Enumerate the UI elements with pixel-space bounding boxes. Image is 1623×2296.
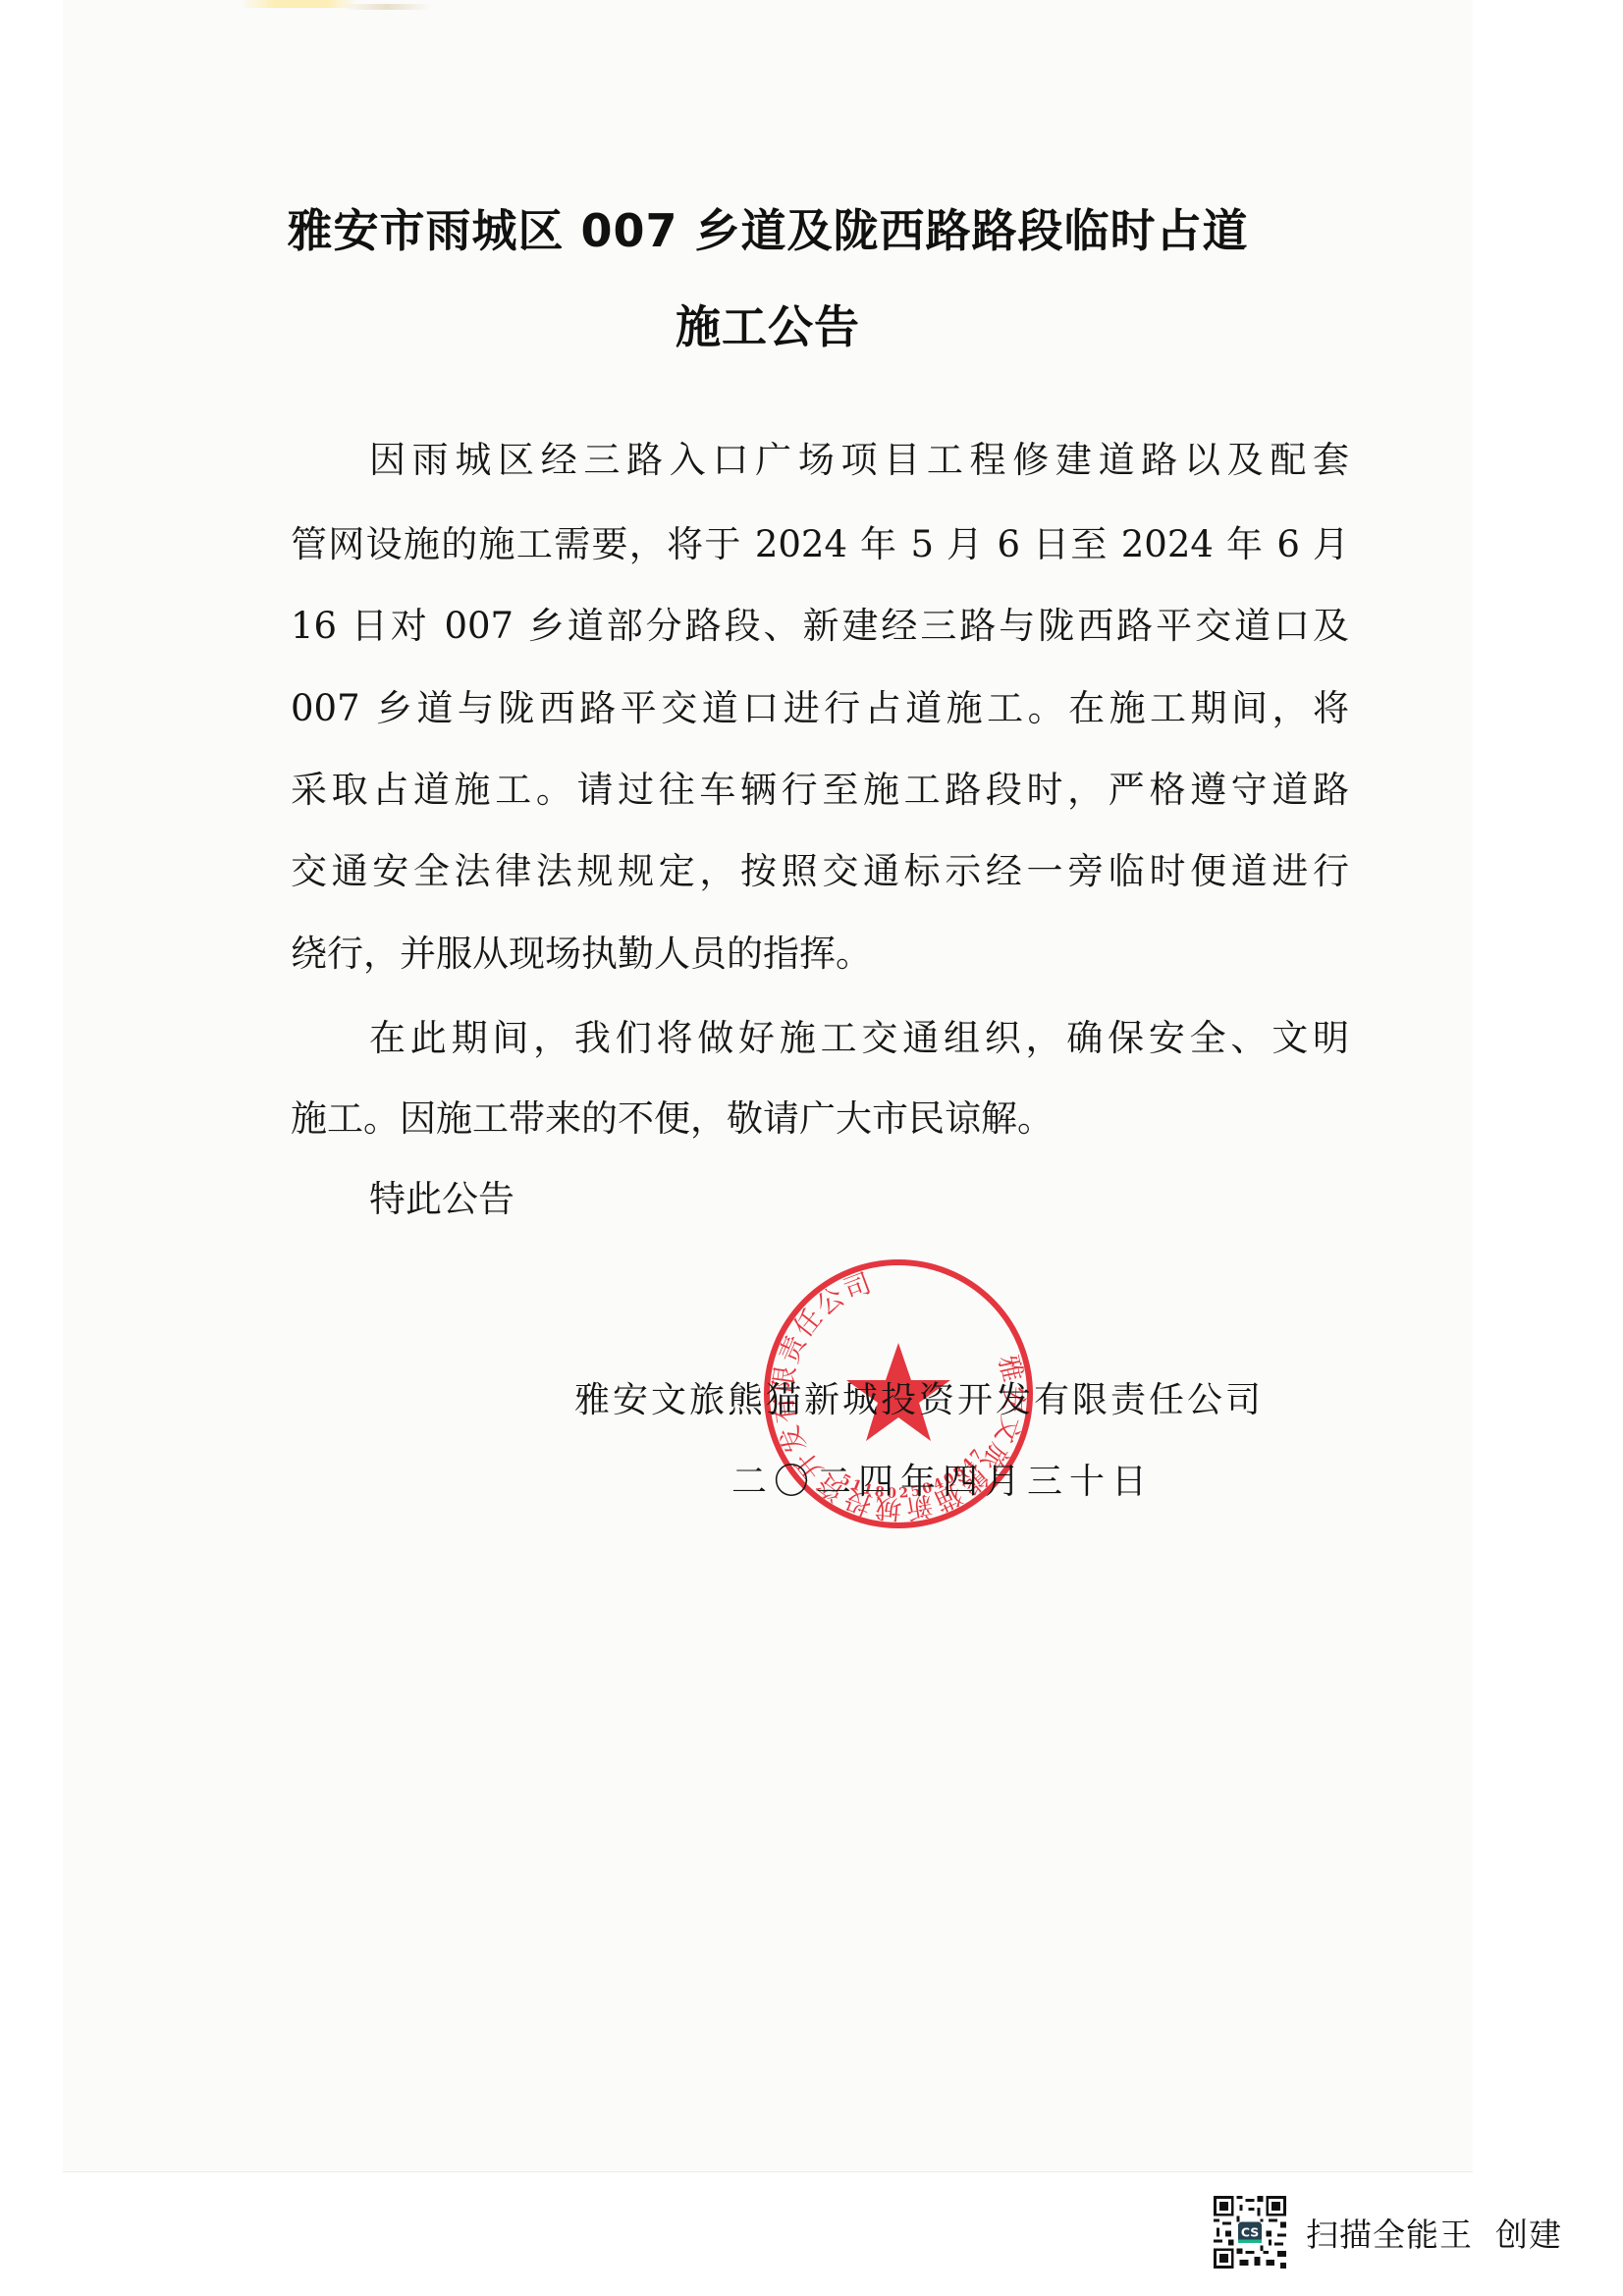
scan-smudge (343, 4, 431, 10)
svg-text:CS: CS (1241, 2224, 1259, 2239)
paragraph-1-line: 绕行，并服从现场执勤人员的指挥。 (291, 931, 1349, 978)
paragraph-1-line: 交通安全法律法规规定，按照交通标示经一旁临时便道进行 (291, 848, 1349, 895)
paragraph-1-line: 16 日对 007 乡道部分路段、新建经三路与陇西路平交道口及 (291, 603, 1349, 650)
scan-smudge (240, 0, 357, 8)
signature-date: 二〇二四年四月三十日 (731, 1459, 1154, 1506)
signature-company: 雅安文旅熊猫新城投资开发有限责任公司 (574, 1377, 1264, 1424)
notice-title-line-1: 雅安市雨城区 007 乡道及陇西路路段临时占道 (63, 201, 1473, 260)
paragraph-2-line: 在此期间，我们将做好施工交通组织，确保安全、文明 (369, 1015, 1349, 1062)
paragraph-1-line: 007 乡道与陇西路平交道口进行占道施工。在施工期间，将 (291, 685, 1349, 732)
paragraph-1-line: 管网设施的施工需要，将于 2024 年 5 月 6 日至 2024 年 6 月 (291, 521, 1349, 568)
camscanner-watermark: CS 扫描全能王 创建 (1214, 2196, 1562, 2269)
paragraph-1-line: 因雨城区经三路入口广场项目工程修建道路以及配套 (369, 437, 1349, 484)
closing-text: 特此公告 (369, 1176, 1349, 1223)
qr-code-icon: CS (1214, 2196, 1286, 2269)
paragraph-2-line: 施工。因施工带来的不便，敬请广大市民谅解。 (291, 1095, 1349, 1143)
watermark-text: 扫描全能王 创建 (1306, 2210, 1562, 2256)
notice-title-line-2: 施工公告 (63, 297, 1473, 356)
paragraph-1-line: 采取占道施工。请过往车辆行至施工路段时，严格遵守道路 (291, 767, 1349, 814)
